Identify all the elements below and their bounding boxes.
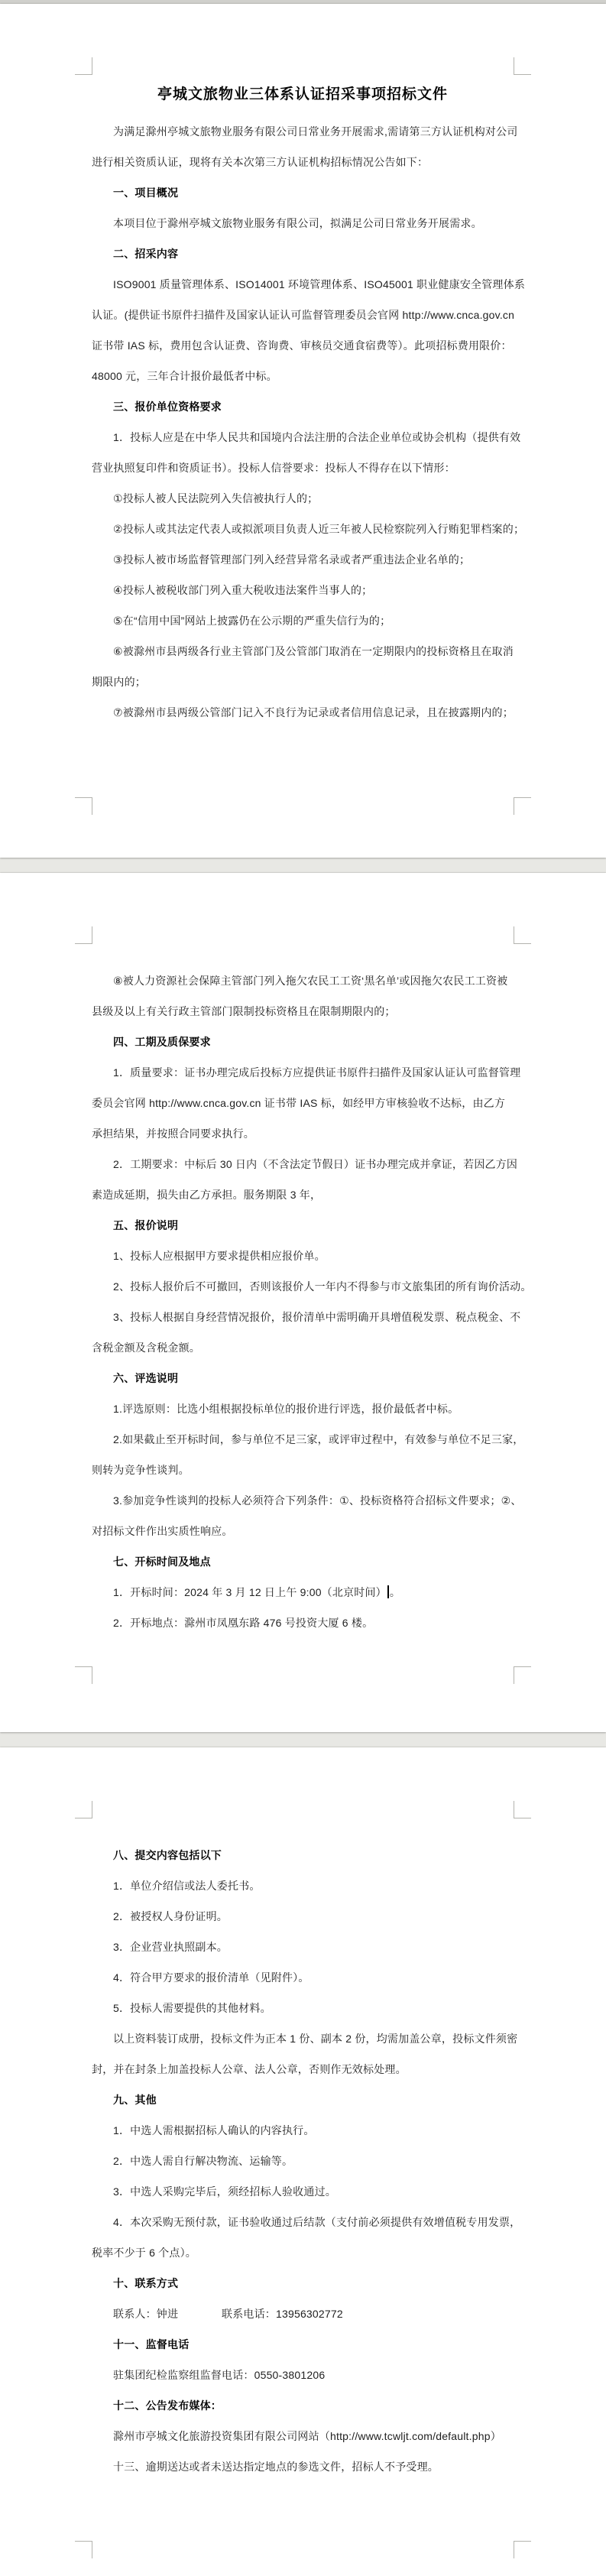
text-line: 对招标文件作出实质性响应。: [92, 1523, 233, 1539]
heading-line: 八、提交内容包括以下: [113, 1848, 222, 1863]
text-boundary-mark: [514, 2541, 531, 2558]
text-line: ⑤在“信用中国”网站上披露仍在公示期的严重失信行为的；: [113, 613, 390, 628]
text-line: 营业执照复印件和资质证书）。投标人信誉要求：投标人不得存在以下情形：: [92, 460, 455, 475]
text-boundary-mark: [514, 926, 531, 944]
document-page-3[interactable]: 八、提交内容包括以下1．单位介绍信或法人委托书。2．被授权人身份证明。3．企业营…: [0, 1747, 606, 2576]
text-boundary-mark: [75, 57, 92, 75]
text-line: 驻集团纪检监察组监督电话：0550-3801206: [113, 2367, 325, 2383]
text-line: 以上资料装订成册，投标文件为正本 1 份、副本 2 份，均需加盖公章，投标文件须…: [113, 2031, 517, 2046]
text-line: 承担结果，并按照合同要求执行。: [92, 1126, 254, 1141]
text-line: 4．符合甲方要求的报价清单（见附件）。: [113, 1970, 309, 1985]
text-line: 1．开标时间：2024 年 3 月 12 日上午 9:00（北京时间）。: [113, 1585, 400, 1600]
text-line: 1．单位介绍信或法人委托书。: [113, 1878, 261, 1893]
heading-line: 二、招采内容: [113, 246, 178, 261]
text-line: 证书带 IAS 标，费用包含认证费、咨询费、审核员交通食宿费等）。此项招标费用限…: [92, 338, 512, 353]
text-line: 进行相关资质认证，现将有关本次第三方认证机构招标情况公告如下：: [92, 154, 428, 170]
text-boundary-mark: [514, 1666, 531, 1684]
text-line: 本项目位于滁州亭城文旅物业服务有限公司，拟满足公司日常业务开展需求。: [113, 216, 482, 231]
heading-line: 一、项目概况: [113, 185, 178, 200]
text-boundary-mark: [75, 926, 92, 944]
text-line: 2、投标人报价后不可撤回，否则该报价人一年内不得参与市文旅集团的所有询价活动。: [113, 1279, 532, 1294]
document-page-1[interactable]: 亭城文旅物业三体系认证招采事项招标文件 为满足滁州亭城文旅物业服务有限公司日常业…: [0, 4, 606, 858]
heading-line: 九、其他: [113, 2092, 157, 2107]
text-boundary-mark: [75, 797, 92, 815]
text-line: 48000 元，三年合计报价最低者中标。: [92, 368, 277, 384]
text-line: 联系人：钟进 联系电话：13956302772: [113, 2306, 343, 2321]
heading-line: 十二、公告发布媒体：: [113, 2398, 222, 2413]
heading-line: 十、联系方式: [113, 2276, 178, 2291]
text-line: 2．工期要求：中标后 30 日内（不含法定节假日）证书办理完成并拿证，若因乙方因: [113, 1157, 517, 1172]
heading-line: 三、报价单位资格要求: [113, 399, 222, 414]
text-line: 3.参加竞争性谈判的投标人必须符合下列条件：①、投标资格符合招标文件要求；②、: [113, 1493, 522, 1508]
text-line: 2．开标地点：滁州市凤凰东路 476 号投资大厦 6 楼。: [113, 1615, 373, 1630]
text-line: 3．中选人采购完毕后，须经招标人验收通过。: [113, 2184, 336, 2199]
heading-line: 七、开标时间及地点: [113, 1554, 211, 1569]
document-page-2[interactable]: ⑧被人力资源社会保障主管部门列入拖欠农民工工资‘黑名单’或因拖欠农民工工资被县级…: [0, 873, 606, 1732]
text-cursor: [387, 1585, 389, 1598]
text-line: 2.如果截止至开标时间，参与单位不足三家，或评审过程中，有效参与单位不足三家，: [113, 1432, 523, 1447]
text-line: 2．中选人需自行解决物流、运输等。: [113, 2153, 293, 2169]
text-line: 十三、逾期送达或者未送达指定地点的参选文件，招标人不予受理。: [113, 2459, 439, 2474]
text-line: 素造成延期，损失由乙方承担。服务期限 3 年，: [92, 1187, 321, 1202]
text-line: ISO9001 质量管理体系、ISO14001 环境管理体系、ISO45001 …: [113, 277, 525, 292]
text-line: 县级及以上有关行政主管部门限制投标资格且在限制期限内的；: [92, 1004, 396, 1019]
text-line: ③投标人被市场监督管理部门列入经营异常名录或者严重违法企业名单的；: [113, 552, 470, 567]
text-line: ①投标人被人民法院列入失信被执行人的；: [113, 491, 318, 506]
heading-line: 五、报价说明: [113, 1218, 178, 1233]
text-line: 3、投标人根据自身经营情况报价，报价清单中需明确开具增值税发票、税点税金、不: [113, 1309, 520, 1325]
text-line: 认证。(提供证书原件扫描件及国家认证认可监督管理委员会官网 http://www…: [92, 307, 514, 323]
text-line: 3．企业营业执照副本。: [113, 1939, 228, 1955]
text-line: 委员会官网 http://www.cnca.gov.cn 证书带 IAS 标，如…: [92, 1095, 505, 1111]
text-line: 封，并在封条上加盖投标人公章、法人公章，否则作无效标处理。: [92, 2062, 407, 2077]
text-line: 则转为竞争性谈判。: [92, 1462, 190, 1478]
text-line: 1、投标人应根据甲方要求提供相应报价单。: [113, 1248, 326, 1264]
text-line: 5．投标人需要提供的其他材料。: [113, 2000, 271, 2016]
text-line: ⑧被人力资源社会保障主管部门列入拖欠农民工工资‘黑名单’或因拖欠农民工工资被: [113, 973, 507, 988]
heading-line: 四、工期及质保要求: [113, 1034, 211, 1050]
document-title: 亭城文旅物业三体系认证招采事项招标文件: [92, 83, 514, 103]
text-boundary-mark: [514, 1801, 531, 1818]
text-line: ⑥被滁州市县两级各行业主管部门及公管部门取消在一定期限内的投标资格且在取消: [113, 644, 514, 659]
text-line: 滁州市亭城文化旅游投资集团有限公司网站（http://www.tcwljt.co…: [113, 2428, 501, 2444]
text-line: 为满足滁州亭城文旅物业服务有限公司日常业务开展需求,需请第三方认证机构对公司: [113, 124, 518, 139]
text-line: 2．被授权人身份证明。: [113, 1909, 228, 1924]
text-line: 期限内的；: [92, 674, 146, 689]
text-line: 1．投标人应是在中华人民共和国境内合法注册的合法企业单位或协会机构（提供有效: [113, 430, 520, 445]
text-boundary-mark: [75, 2541, 92, 2558]
text-line: ⑦被滁州市县两级公管部门记入不良行为记录或者信用信息记录，且在披露期内的；: [113, 705, 514, 720]
text-line: 含税金额及含税金额。: [92, 1340, 200, 1355]
heading-line: 十一、监督电话: [113, 2337, 189, 2352]
text-boundary-mark: [514, 57, 531, 75]
text-line: 1.评选原则：比选小组根据投标单位的报价进行评选，报价最低者中标。: [113, 1401, 459, 1416]
text-line: 税率不少于 6 个点）。: [92, 2245, 196, 2260]
text-boundary-mark: [75, 1801, 92, 1818]
text-line: ④投标人被税收部门列入重大税收违法案件当事人的；: [113, 582, 372, 598]
text-line: 1．质量要求：证书办理完成后投标方应提供证书原件扫描件及国家认证认可监督管理: [113, 1065, 520, 1080]
text-boundary-mark: [514, 797, 531, 815]
heading-line: 六、评选说明: [113, 1371, 178, 1386]
text-line: 1．中选人需根据招标人确认的内容执行。: [113, 2123, 315, 2138]
text-line: 4．本次采购无预付款，证书验收通过后结款（支付前必须提供有效增值税专用发票，: [113, 2214, 520, 2230]
text-line: ②投标人或其法定代表人或拟派项目负责人近三年被人民检察院列入行贿犯罪档案的；: [113, 521, 524, 537]
text-boundary-mark: [75, 1666, 92, 1684]
